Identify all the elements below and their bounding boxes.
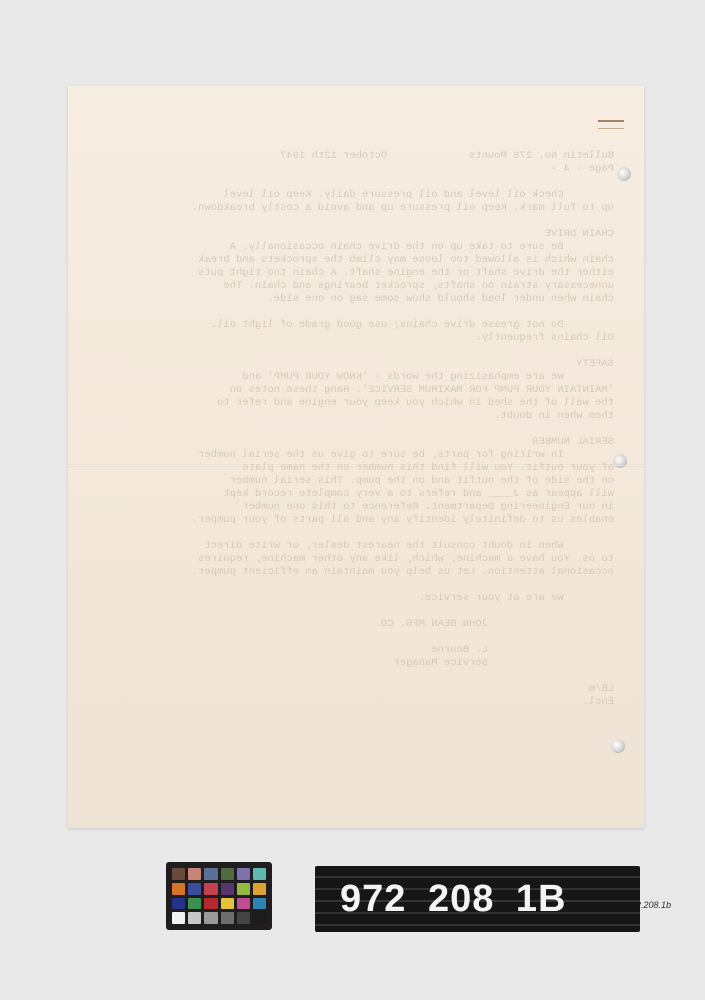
color-swatch bbox=[188, 868, 201, 880]
color-swatch bbox=[188, 898, 201, 910]
object-number-label: 972 208 1B bbox=[315, 866, 640, 932]
color-swatch bbox=[221, 912, 234, 924]
color-swatch bbox=[188, 912, 201, 924]
color-swatch bbox=[253, 868, 266, 880]
color-swatch bbox=[253, 883, 266, 895]
color-swatch bbox=[172, 898, 185, 910]
color-swatch bbox=[172, 883, 185, 895]
document-page: Bulletin No. 278 Mounts October 12th 194… bbox=[68, 86, 644, 828]
color-swatch bbox=[237, 883, 250, 895]
color-swatch bbox=[237, 868, 250, 880]
color-swatch bbox=[204, 898, 217, 910]
color-swatch bbox=[204, 912, 217, 924]
bleed-through-text: Bulletin No. 278 Mounts October 12th 194… bbox=[128, 150, 614, 709]
color-swatch bbox=[172, 868, 185, 880]
color-swatch bbox=[221, 883, 234, 895]
color-swatch bbox=[237, 898, 250, 910]
color-swatch bbox=[221, 868, 234, 880]
color-swatch bbox=[253, 912, 266, 924]
punch-hole-bottom bbox=[611, 739, 625, 753]
color-swatch bbox=[204, 883, 217, 895]
color-swatch bbox=[253, 898, 266, 910]
object-number-text: 972 208 1B bbox=[340, 878, 567, 921]
color-calibration-card bbox=[166, 862, 272, 930]
color-swatch bbox=[237, 912, 250, 924]
color-swatch bbox=[188, 883, 201, 895]
color-swatch bbox=[204, 868, 217, 880]
color-swatch bbox=[221, 898, 234, 910]
punch-hole-top bbox=[617, 167, 631, 181]
color-swatch bbox=[172, 912, 185, 924]
staple-mark bbox=[598, 120, 624, 129]
